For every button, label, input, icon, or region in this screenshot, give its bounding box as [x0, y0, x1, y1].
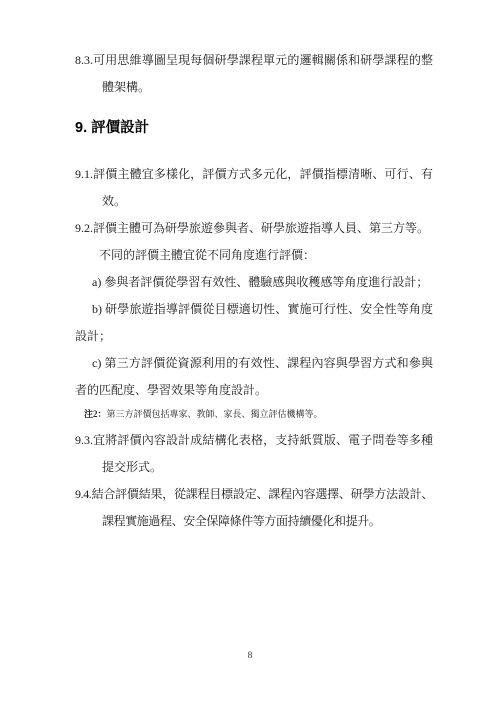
clause-8-3: 8.3.可用思維導圖呈現每個研學課程單元的邏輯關係和研學課程的整體架構。	[75, 47, 433, 101]
clause-9-3: 9.3.宜將評價內容設計成結構化表格，支持紙質版、電子問卷等多種提交形式。	[75, 427, 433, 481]
clause-9-4: 9.4.結合評價結果，從課程目標設定、課程內容選擇、研學方法設計、課程實施過程、…	[75, 481, 433, 535]
section-9-heading: 9. 評價設計	[75, 119, 433, 137]
clause-9-2-item-b: b) 研學旅遊指導評價從目標適切性、實施可行性、安全性等角度設計；	[75, 296, 433, 350]
page-number: 8	[0, 651, 500, 661]
clause-9-2-intro: 不同的評價主體宜從不同角度進行評價：	[75, 242, 433, 269]
clause-9-2-item-c: c) 第三方評價從資源利用的有效性、課程內容與學習方式和參與者的匹配度、學習效果…	[75, 350, 433, 404]
note-2-text: 第三方評價包括專家、教師、家長、獨立評估機構等。	[107, 409, 323, 419]
clause-9-2: 9.2.評價主體可為研學旅遊參與者、研學旅遊指導人員、第三方等。	[75, 215, 433, 242]
clause-9-2-item-a: a) 參與者評價從學習有效性、體驗感與收穫感等角度進行設計；	[75, 269, 433, 296]
note-2-label: 注2：	[84, 409, 107, 419]
document-content: 8.3.可用思維導圖呈現每個研學課程單元的邏輯關係和研學課程的整體架構。 9. …	[75, 47, 433, 535]
clause-9-1: 9.1.評價主體宜多樣化，評價方式多元化，評價指標清晰、可行、有效。	[75, 161, 433, 215]
document-page: 8.3.可用思維導圖呈現每個研學課程單元的邏輯關係和研學課程的整體架構。 9. …	[0, 0, 500, 707]
note-2: 注2：第三方評價包括專家、教師、家長、獨立評估機構等。	[75, 406, 433, 422]
